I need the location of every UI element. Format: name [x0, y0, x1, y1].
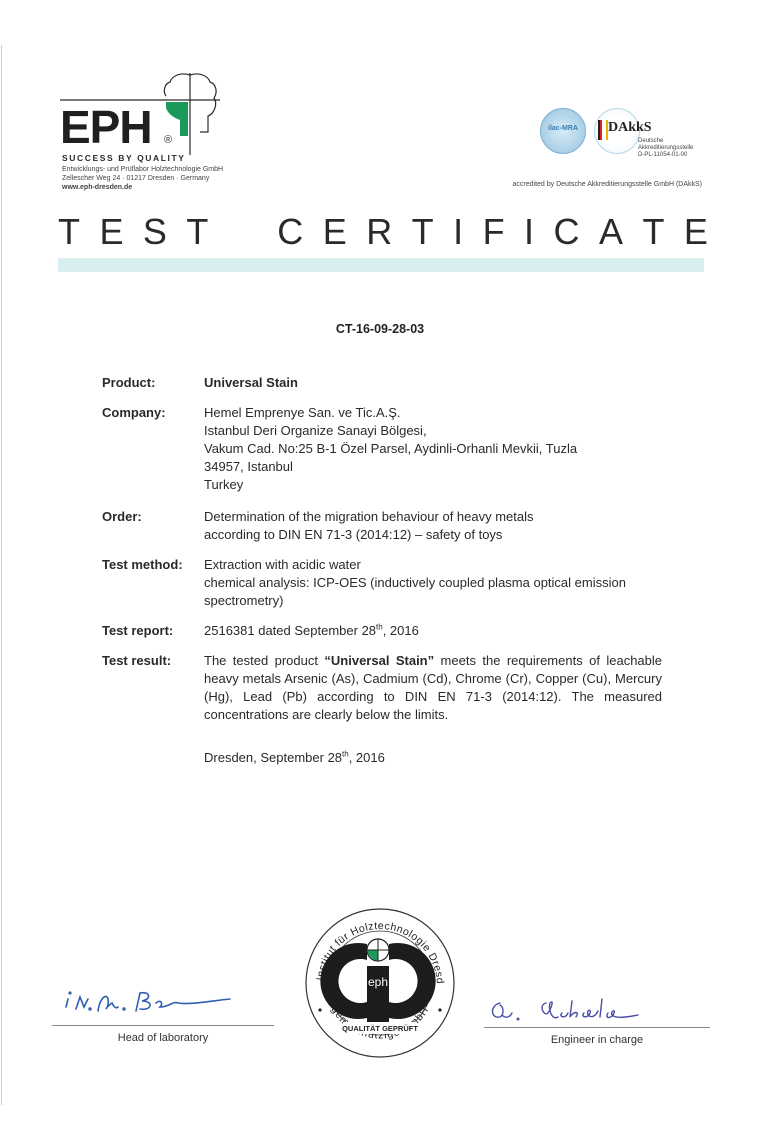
engineer-label: Engineer in charge [484, 1034, 710, 1046]
title-letter: E [323, 214, 347, 250]
title-letter: T [412, 214, 434, 250]
title-letter: T [186, 214, 208, 250]
svg-text:eph: eph [368, 975, 388, 989]
quality-seal-icon: Im Institut für Holztechnologie Dresden … [303, 906, 457, 1060]
product-label: Product: [102, 374, 204, 392]
field-product: Product: Universal Stain [102, 374, 662, 392]
field-test-method: Test method: Extraction with acidic wate… [102, 556, 662, 610]
accreditation-note: accredited by Deutsche Akkreditierungsst… [513, 181, 702, 188]
test-method-line: chemical analysis: ICP-OES (inductively … [204, 574, 662, 610]
title-underline-bar [58, 258, 704, 272]
title-letter: C [554, 214, 580, 250]
test-result-text: The tested product [204, 653, 324, 668]
dakks-line1: Deutsche [638, 138, 663, 144]
dakks-number: D-PL-11054-01-00 [638, 152, 687, 158]
title-letter: S [143, 214, 167, 250]
product-value: Universal Stain [204, 374, 662, 392]
product-name: Universal Stain [204, 375, 298, 390]
field-test-result: Test result: The tested product “Univers… [102, 652, 662, 724]
lab-website: www.eph-dresden.de [62, 184, 132, 191]
lab-name: Entwicklungs- und Prüflabor Holztechnolo… [62, 166, 223, 173]
test-method-line: Extraction with acidic water [204, 556, 662, 574]
place-and-date: Dresden, September 28th, 2016 [204, 750, 385, 765]
title-word-gap [228, 214, 258, 250]
scan-edge-line [1, 45, 2, 1105]
svg-text:QUALITÄT GEPRÜFT: QUALITÄT GEPRÜFT [342, 1024, 418, 1033]
logo-mark: EPH [60, 104, 152, 150]
field-order: Order: Determination of the migration be… [102, 508, 662, 544]
company-line: Turkey [204, 476, 662, 494]
place-date-year: , 2016 [349, 750, 385, 765]
company-line: Hemel Emprenye San. ve Tic.A.Ş. [204, 404, 662, 422]
title-letter: I [524, 214, 534, 250]
registered-mark: ® [164, 134, 172, 146]
field-test-report: Test report: 2516381 dated September 28t… [102, 622, 662, 640]
title-letter: T [642, 214, 664, 250]
order-line: according to DIN EN 71-3 (2014:12) – saf… [204, 526, 662, 544]
title-letter: A [599, 214, 623, 250]
certificate-number: CT-16-09-28-03 [0, 322, 760, 336]
head-of-lab-signature [60, 985, 240, 1021]
title-letter: C [277, 214, 303, 250]
german-flag-icon [598, 120, 608, 140]
ilac-label: ilac-MRA [541, 125, 585, 132]
title-letter: I [453, 214, 463, 250]
title-letter: T [58, 214, 80, 250]
test-report-label: Test report: [102, 622, 204, 640]
signature-line-right [484, 1027, 710, 1028]
accreditation-logos: ilac-MRA DAkkS Deutsche Akkreditierungss… [540, 108, 720, 168]
test-result-label: Test result: [102, 652, 204, 724]
title-letter: E [99, 214, 123, 250]
dakks-line2: Akkreditierungsstelle [638, 145, 693, 151]
order-value: Determination of the migration behaviour… [204, 508, 662, 544]
test-report-year: , 2016 [383, 623, 419, 638]
company-line: Istanbul Deri Organize Sanayi Bölgesi, [204, 422, 662, 440]
company-line: Vakum Cad. No:25 B-1 Özel Parsel, Aydinl… [204, 440, 662, 458]
signature-line-left [52, 1025, 274, 1026]
company-value: Hemel Emprenye San. ve Tic.A.Ş. Istanbul… [204, 404, 662, 494]
logo-tagline: SUCCESS BY QUALITY [62, 153, 186, 163]
ilac-mra-logo: ilac-MRA [540, 108, 586, 154]
engineer-signature [488, 995, 668, 1027]
test-method-value: Extraction with acidic water chemical an… [204, 556, 662, 610]
page-title: TESTCERTIFICATE [58, 214, 708, 250]
test-result-value: The tested product “Universal Stain” mee… [204, 652, 662, 724]
title-letter: F [483, 214, 505, 250]
ordinal-suffix: th [342, 750, 349, 759]
place-date-text: Dresden, September 28 [204, 750, 342, 765]
title-letter: R [366, 214, 392, 250]
company-line: 34957, Istanbul [204, 458, 662, 476]
order-label: Order: [102, 508, 204, 544]
company-label: Company: [102, 404, 204, 494]
head-of-lab-label: Head of laboratory [52, 1032, 274, 1044]
test-report-text: 2516381 dated September 28 [204, 623, 376, 638]
test-result-product: “Universal Stain” [324, 653, 434, 668]
title-letter: E [684, 214, 708, 250]
ordinal-suffix: th [376, 623, 383, 632]
eph-logo: EPH ® SUCCESS BY QUALITY Entwicklungs- u… [60, 70, 300, 190]
order-line: Determination of the migration behaviour… [204, 508, 662, 526]
test-report-value: 2516381 dated September 28th, 2016 [204, 622, 662, 640]
certificate-fields: Product: Universal Stain Company: Hemel … [102, 374, 662, 736]
lab-address: Zellescher Weg 24 · 01217 Dresden · Germ… [62, 175, 209, 182]
test-method-label: Test method: [102, 556, 204, 610]
dakks-name: DAkkS [608, 120, 652, 136]
field-company: Company: Hemel Emprenye San. ve Tic.A.Ş.… [102, 404, 662, 494]
